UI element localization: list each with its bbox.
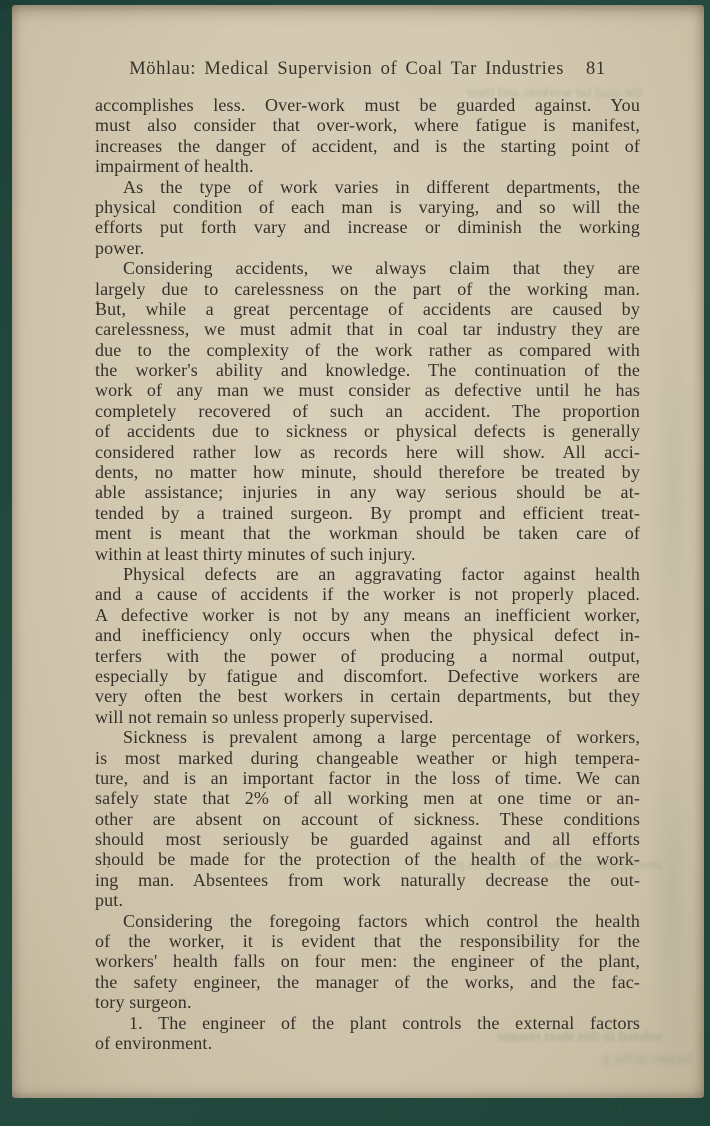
scanned-page: Möhlau: Medical Supervision of Coal Tar … xyxy=(12,5,704,1098)
text-line: of the worker, it is evident that the re… xyxy=(95,931,640,951)
text-line: efforts put forth vary and increase or d… xyxy=(95,217,640,237)
paragraph: As the type of work varies in different … xyxy=(95,177,640,259)
ink-speck xyxy=(384,1111,386,1113)
text-line: should be made for the protection of the… xyxy=(95,849,640,869)
text-line: Physical defects are an aggravating fact… xyxy=(95,564,640,584)
text-line: other are absent on account of sickness.… xyxy=(95,809,640,829)
text-line: and inefficiency only occurs when the ph… xyxy=(95,625,640,645)
text-line: considered rather low as records here wi… xyxy=(95,442,640,462)
paragraph: Sickness is prevalent among a large perc… xyxy=(95,727,640,911)
text-line: due to the complexity of the work rather… xyxy=(95,340,640,360)
showthrough-smudge xyxy=(646,705,698,1085)
text-line: especially by fatigue and discomfort. De… xyxy=(95,666,640,686)
text-line: A defective worker is not by any means a… xyxy=(95,605,640,625)
text-line: will not remain so unless properly super… xyxy=(95,707,640,727)
running-header: Möhlau: Medical Supervision of Coal Tar … xyxy=(95,59,640,80)
text-line: very often the best workers in certain d… xyxy=(95,686,640,706)
running-header-title: Möhlau: Medical Supervision of Coal Tar … xyxy=(129,59,564,79)
paragraph: accomplishes less. Over-work must be gua… xyxy=(95,95,640,177)
ink-speck xyxy=(107,866,109,868)
text-line: ing man. Absentees from work naturally d… xyxy=(95,870,640,890)
text-line: of environment. xyxy=(95,1033,640,1053)
text-line: the safety engineer, the manager of the … xyxy=(95,972,640,992)
paragraph: Physical defects are an aggravating fact… xyxy=(95,564,640,727)
text-line: accomplishes less. Over-work must be gua… xyxy=(95,95,640,115)
text-line: work of any man we must consider as defe… xyxy=(95,380,640,400)
text-line: within at least thirty minutes of such i… xyxy=(95,544,640,564)
text-line: is most marked during changeable weather… xyxy=(95,748,640,768)
text-line: completely recovered of such an accident… xyxy=(95,401,640,421)
ink-speck xyxy=(96,301,99,303)
ink-speck xyxy=(619,1108,622,1111)
page-number: 81 xyxy=(586,59,606,79)
text-line: of accidents due to sickness or physical… xyxy=(95,421,640,441)
text-line: 1. The engineer of the plant controls th… xyxy=(95,1013,640,1033)
text-line: terfers with the power of producing a no… xyxy=(95,646,640,666)
text-line: put. xyxy=(95,890,640,910)
text-line: largely due to carelessness on the part … xyxy=(95,279,640,299)
paragraph: Considering the foregoing factors which … xyxy=(95,911,640,1013)
text-line: ture, and is an important factor in the … xyxy=(95,768,640,788)
text-line: ment is meant that the workman should be… xyxy=(95,523,640,543)
text-line: Sickness is prevalent among a large perc… xyxy=(95,727,640,747)
text-line: tended by a trained surgeon. By prompt a… xyxy=(95,503,640,523)
text-line: Considering the foregoing factors which … xyxy=(95,911,640,931)
text-line: should most seriously be guarded against… xyxy=(95,829,640,849)
showthrough-smudge xyxy=(650,285,696,705)
text-line: must also consider that over-work, where… xyxy=(95,115,640,135)
text-line: safely state that 2% of all working men … xyxy=(95,788,640,808)
text-line: tory surgeon. xyxy=(95,992,640,1012)
text-line: carelessness, we must admit that in coal… xyxy=(95,319,640,339)
paragraph: 1. The engineer of the plant controls th… xyxy=(95,1013,640,1054)
text-line: dents, no matter how minute, should ther… xyxy=(95,462,640,482)
text-line: physical condition of each man is varyin… xyxy=(95,197,640,217)
book-cover-background: Möhlau: Medical Supervision of Coal Tar … xyxy=(0,0,710,1126)
text-line: Considering accidents, we always claim t… xyxy=(95,258,640,278)
text-line: the worker's ability and knowledge. The … xyxy=(95,360,640,380)
text-line: increases the danger of accident, and is… xyxy=(95,136,640,156)
text-line: and a cause of accidents if the worker i… xyxy=(95,584,640,604)
text-line: But, while a great percentage of acciden… xyxy=(95,299,640,319)
text-line: workers' health falls on four men: the e… xyxy=(95,951,640,971)
paragraph: Considering accidents, we always claim t… xyxy=(95,258,640,564)
text-line: As the type of work varies in different … xyxy=(95,177,640,197)
text-column: accomplishes less. Over-work must be gua… xyxy=(95,95,640,1053)
cover-corner-mark xyxy=(0,0,10,9)
text-line: impairment of health. xyxy=(95,156,640,176)
bleedthrough-text: factors in the p xyxy=(442,1051,692,1068)
text-line: able assistance; injuries in any way ser… xyxy=(95,482,640,502)
text-line: power. xyxy=(95,238,640,258)
